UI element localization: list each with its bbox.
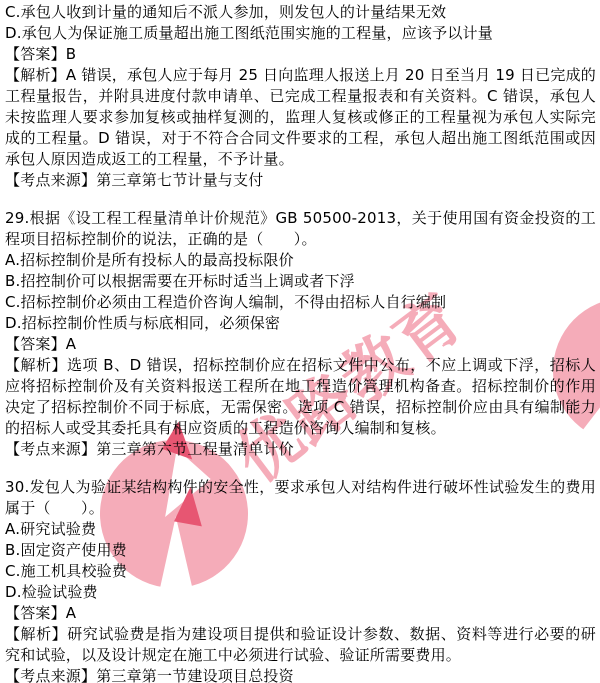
- paragraph: D.承包人为保证施工质量超出施工图纸范围实施的工程量，应该予以计量: [5, 23, 596, 44]
- paragraph: 【解析】A 错误，承包人应于每月 25 日向监理人报送上月 20 日至当月 19…: [5, 65, 596, 170]
- paragraph: D.检验试验费: [5, 582, 596, 603]
- paragraph: 【解析】研究试验费是指为建设项目提供和验证设计参数、数据、资料等进行必要的研究和…: [5, 624, 596, 666]
- question-30: 30.发包人为验证某结构构件的安全性，要求承包人对结构件进行破坏性试验发生的费用…: [5, 477, 596, 683]
- paragraph: 30.发包人为验证某结构构件的安全性，要求承包人对结构件进行破坏性试验发生的费用…: [5, 477, 596, 519]
- paragraph: C.承包人收到计量的通知后不派人参加，则发包人的计量结果无效: [5, 2, 596, 23]
- paragraph: 【答案】A: [5, 603, 596, 624]
- paragraph: C.施工机具校验费: [5, 561, 596, 582]
- paragraph: 【解析】选项 B、D 错误，招标控制价应在招标文件中公布，不应上调或下浮，招标人…: [5, 355, 596, 439]
- paragraph: D.招标控制价性质与标底相同，必须保密: [5, 313, 596, 334]
- document-body: C.承包人收到计量的通知后不派人参加，则发包人的计量结果无效D.承包人为保证施工…: [0, 0, 600, 683]
- question-29: 29.根据《设工程工程量清单计价规范》GB 50500-2013，关于使用国有资…: [5, 208, 596, 460]
- paragraph: C.招标控制价必须由工程造价咨询人编制，不得由招标人自行编制: [5, 292, 596, 313]
- paragraph: B.固定资产使用费: [5, 540, 596, 561]
- paragraph: 【考点来源】第三章第六节工程量清单计价: [5, 439, 596, 460]
- paragraph: B.招控制价可以根据需要在开标时适当上调或者下浮: [5, 271, 596, 292]
- paragraph: 29.根据《设工程工程量清单计价规范》GB 50500-2013，关于使用国有资…: [5, 208, 596, 250]
- paragraph: 【答案】A: [5, 334, 596, 355]
- paragraph: A.招标控制价是所有投标人的最高投标限价: [5, 250, 596, 271]
- paragraph: 【考点来源】第三章第七节计量与支付: [5, 170, 596, 191]
- question-28-continuation: C.承包人收到计量的通知后不派人参加，则发包人的计量结果无效D.承包人为保证施工…: [5, 2, 596, 191]
- paragraph: 【答案】B: [5, 44, 596, 65]
- paragraph: A.研究试验费: [5, 519, 596, 540]
- paragraph: 【考点来源】第三章第一节建设项目总投资: [5, 666, 596, 683]
